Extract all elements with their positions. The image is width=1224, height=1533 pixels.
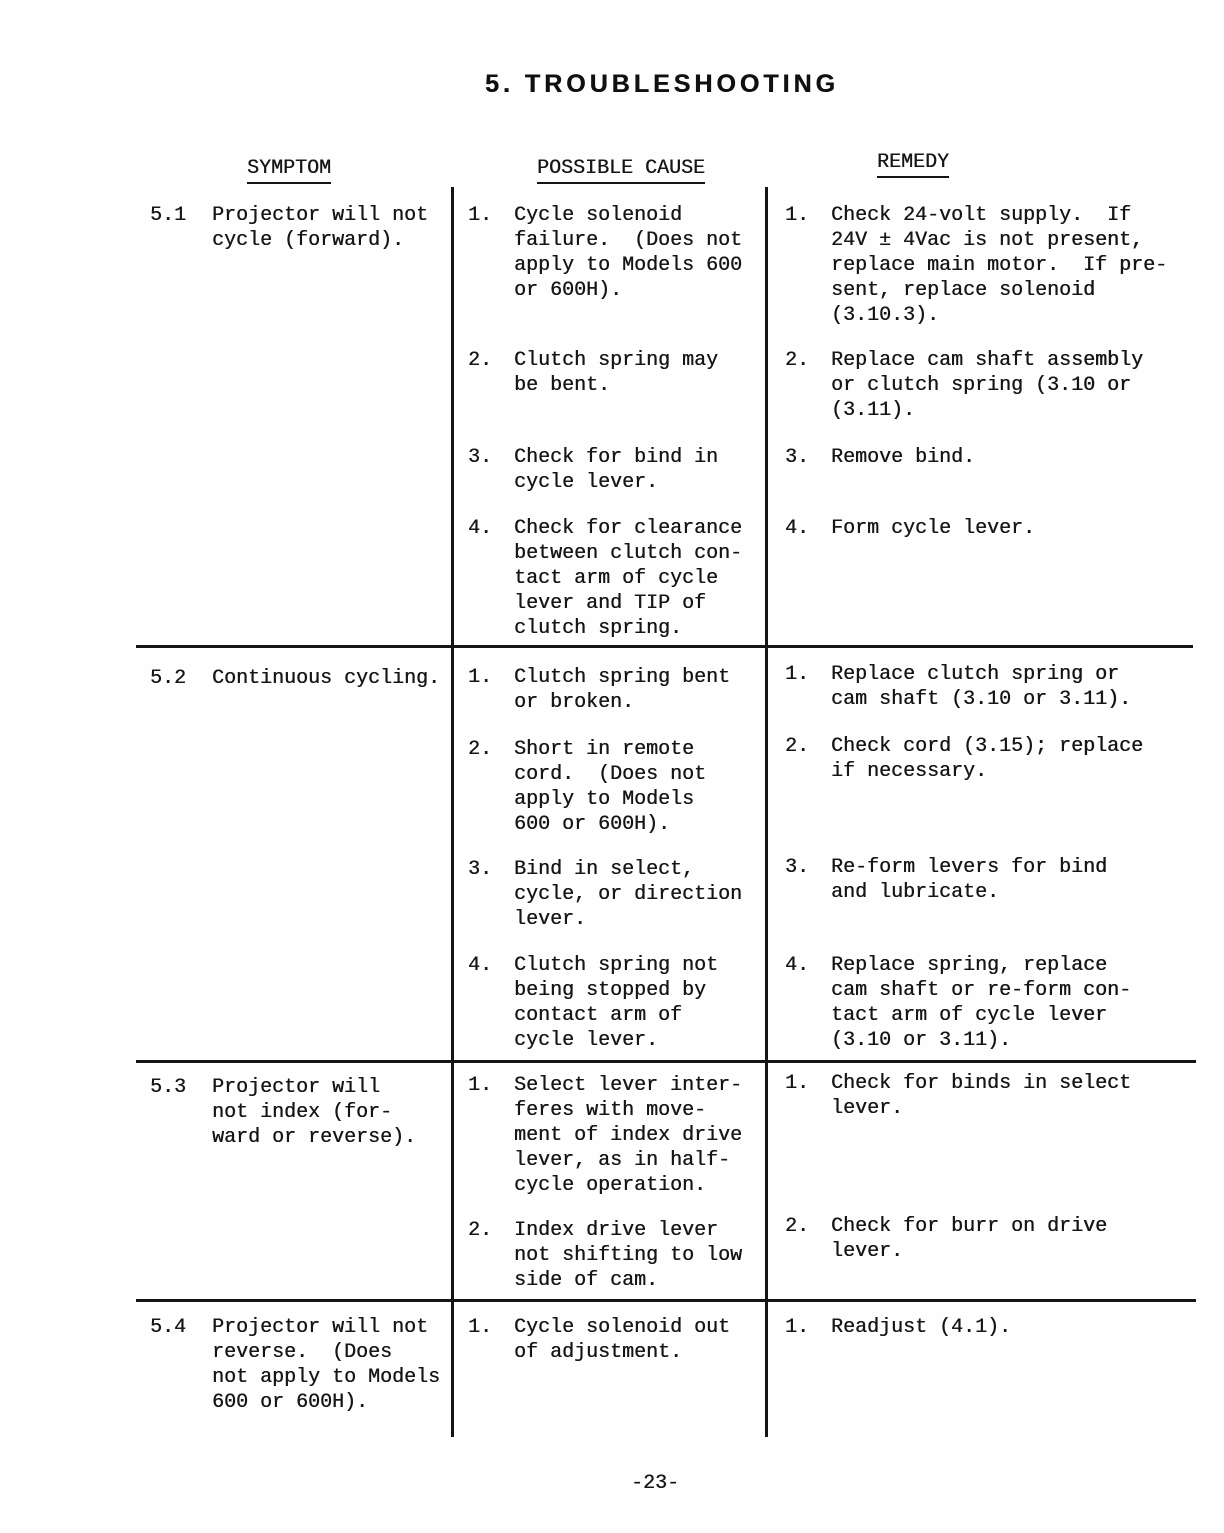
row-divider-3 xyxy=(136,1299,1196,1302)
remedy-item: 2. Replace cam shaft assembly or clutch … xyxy=(785,348,1205,423)
column-header-symptom: SYMPTOM xyxy=(247,157,331,184)
item-number: 2. xyxy=(785,1214,831,1239)
remedy-text: Readjust (4.1). xyxy=(831,1315,1011,1340)
remedy-text: Form cycle lever. xyxy=(831,516,1035,541)
item-number: 4. xyxy=(468,953,514,978)
page-number: -23- xyxy=(631,1472,679,1495)
item-number: 3. xyxy=(468,445,514,470)
item-number: 1. xyxy=(468,203,514,228)
item-number: 1. xyxy=(468,665,514,690)
item-number: 1. xyxy=(785,1071,831,1096)
symptom-text: Continuous cycling. xyxy=(212,666,440,691)
remedy-item: 3. Remove bind. xyxy=(785,445,1205,470)
cause-item: 1. Select lever inter- feres with move- … xyxy=(468,1073,766,1198)
remedy-item: 1. Check 24-volt supply. If 24V ± 4Vac i… xyxy=(785,203,1205,328)
item-number: 2. xyxy=(468,348,514,373)
remedy-text: Remove bind. xyxy=(831,445,975,470)
symptom-text: Projector will not index (for- ward or r… xyxy=(212,1075,416,1150)
item-number: 1. xyxy=(785,662,831,687)
symptom-item: 5.1 Projector will not cycle (forward). xyxy=(150,203,454,253)
item-number: 3. xyxy=(785,445,831,470)
column-divider-1 xyxy=(451,187,454,1437)
remedy-item: 1. Check for binds in select lever. xyxy=(785,1071,1205,1121)
section-number: 5.4 xyxy=(150,1315,212,1340)
item-number: 2. xyxy=(468,1218,514,1243)
item-number: 2. xyxy=(785,348,831,373)
item-number: 3. xyxy=(785,855,831,880)
symptom-text: Projector will not reverse. (Does not ap… xyxy=(212,1315,440,1415)
remedy-item: 4. Replace spring, replace cam shaft or … xyxy=(785,953,1205,1053)
page-title: 5. TROUBLESHOOTING xyxy=(100,70,1224,99)
cause-text: Bind in select, cycle, or direction leve… xyxy=(514,857,742,932)
section-number: 5.2 xyxy=(150,666,212,691)
cause-item: 2. Clutch spring may be bent. xyxy=(468,348,766,398)
section-number: 5.1 xyxy=(150,203,212,228)
item-number: 2. xyxy=(468,737,514,762)
row-divider-2 xyxy=(136,1060,1196,1063)
section-number: 5.3 xyxy=(150,1075,212,1100)
remedy-text: Check for binds in select lever. xyxy=(831,1071,1131,1121)
cause-text: Select lever inter- feres with move- men… xyxy=(514,1073,742,1198)
remedy-item: 3. Re-form levers for bind and lubricate… xyxy=(785,855,1205,905)
document-page: 5. TROUBLESHOOTING SYMPTOM POSSIBLE CAUS… xyxy=(0,0,1224,1533)
item-number: 1. xyxy=(468,1315,514,1340)
cause-item: 1. Cycle solenoid failure. (Does not app… xyxy=(468,203,766,303)
remedy-text: Replace cam shaft assembly or clutch spr… xyxy=(831,348,1143,423)
item-number: 2. xyxy=(785,734,831,759)
cause-item: 3. Check for bind in cycle lever. xyxy=(468,445,766,495)
item-number: 1. xyxy=(785,1315,831,1340)
remedy-text: Replace spring, replace cam shaft or re-… xyxy=(831,953,1131,1053)
cause-item: 4. Clutch spring not being stopped by co… xyxy=(468,953,766,1053)
cause-text: Short in remote cord. (Does not apply to… xyxy=(514,737,706,837)
cause-item: 4. Check for clearance between clutch co… xyxy=(468,516,766,641)
symptom-item: 5.3 Projector will not index (for- ward … xyxy=(150,1075,454,1150)
cause-text: Clutch spring bent or broken. xyxy=(514,665,730,715)
item-number: 4. xyxy=(785,516,831,541)
remedy-text: Check cord (3.15); replace if necessary. xyxy=(831,734,1143,784)
cause-text: Clutch spring may be bent. xyxy=(514,348,718,398)
cause-text: Clutch spring not being stopped by conta… xyxy=(514,953,718,1053)
cause-item: 2. Index drive lever not shifting to low… xyxy=(468,1218,766,1293)
symptom-item: 5.2 Continuous cycling. xyxy=(150,666,454,691)
item-number: 4. xyxy=(785,953,831,978)
cause-text: Check for bind in cycle lever. xyxy=(514,445,718,495)
item-number: 3. xyxy=(468,857,514,882)
cause-item: 2. Short in remote cord. (Does not apply… xyxy=(468,737,766,837)
cause-text: Cycle solenoid failure. (Does not apply … xyxy=(514,203,742,303)
remedy-text: Re-form levers for bind and lubricate. xyxy=(831,855,1107,905)
symptom-text: Projector will not cycle (forward). xyxy=(212,203,428,253)
column-header-possible-cause: POSSIBLE CAUSE xyxy=(537,157,705,184)
cause-text: Check for clearance between clutch con- … xyxy=(514,516,742,641)
cause-text: Cycle solenoid out of adjustment. xyxy=(514,1315,730,1365)
remedy-item: 2. Check for burr on drive lever. xyxy=(785,1214,1205,1264)
remedy-text: Check 24-volt supply. If 24V ± 4Vac is n… xyxy=(831,203,1167,328)
cause-text: Index drive lever not shifting to low si… xyxy=(514,1218,742,1293)
symptom-item: 5.4 Projector will not reverse. (Does no… xyxy=(150,1315,456,1415)
item-number: 4. xyxy=(468,516,514,541)
cause-item: 1. Clutch spring bent or broken. xyxy=(468,665,766,715)
remedy-item: 1. Readjust (4.1). xyxy=(785,1315,1205,1340)
column-header-remedy: REMEDY xyxy=(877,151,949,178)
item-number: 1. xyxy=(468,1073,514,1098)
remedy-text: Replace clutch spring or cam shaft (3.10… xyxy=(831,662,1131,712)
remedy-text: Check for burr on drive lever. xyxy=(831,1214,1107,1264)
remedy-item: 1. Replace clutch spring or cam shaft (3… xyxy=(785,662,1205,712)
cause-item: 3. Bind in select, cycle, or direction l… xyxy=(468,857,766,932)
cause-item: 1. Cycle solenoid out of adjustment. xyxy=(468,1315,766,1365)
remedy-item: 4. Form cycle lever. xyxy=(785,516,1205,541)
item-number: 1. xyxy=(785,203,831,228)
remedy-item: 2. Check cord (3.15); replace if necessa… xyxy=(785,734,1205,784)
row-divider-1 xyxy=(136,645,1193,648)
